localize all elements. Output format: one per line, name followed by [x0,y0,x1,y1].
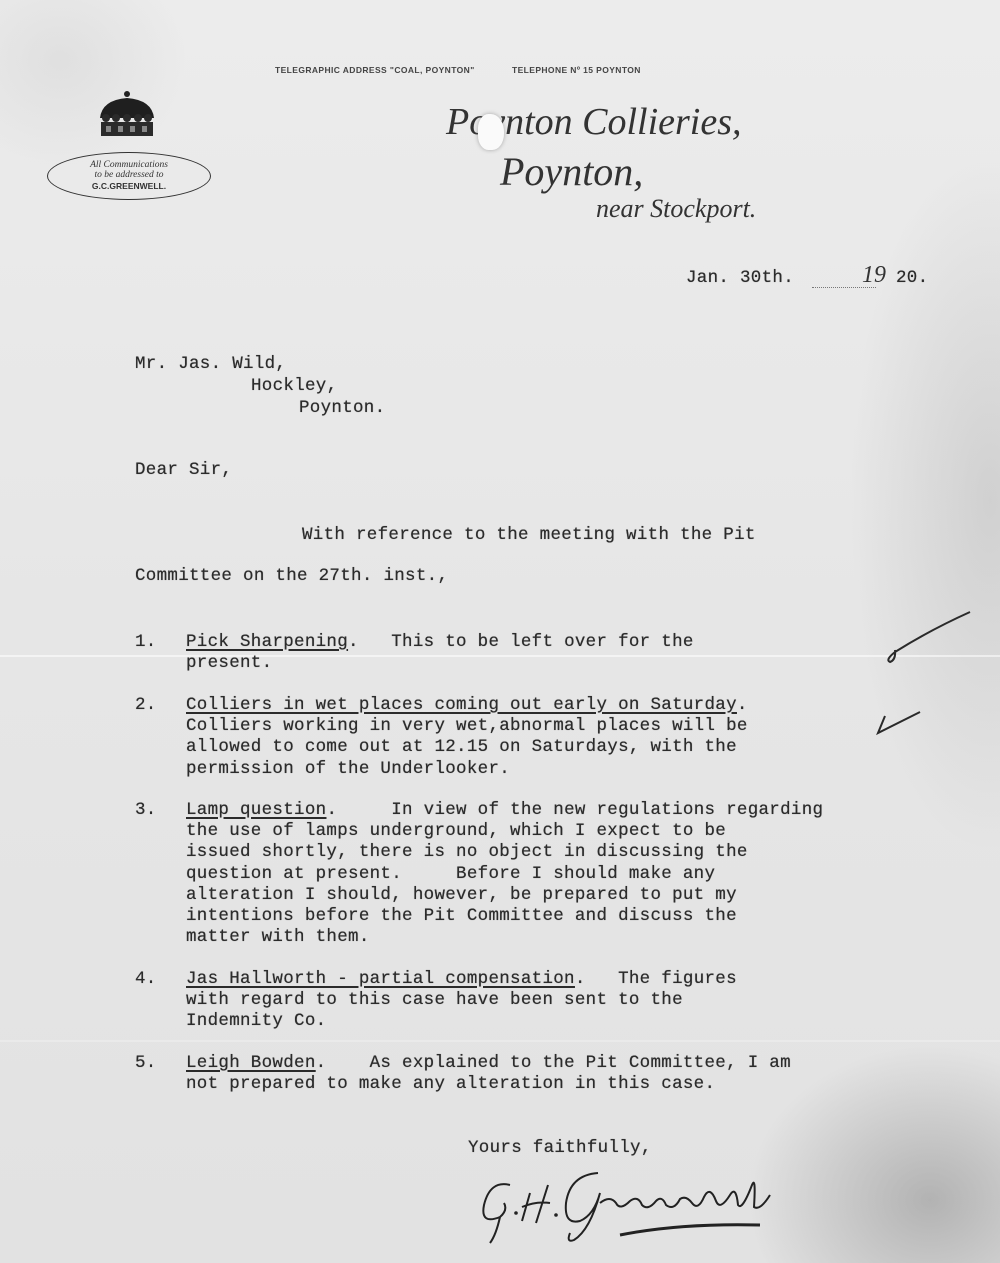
recipient-line-3: Poynton. [299,398,385,418]
stamp-line-2: to be addressed to [48,170,210,180]
stamp-line-1: All Communications [48,160,210,170]
item-body-line: intentions before the Pit Committee and … [186,906,737,926]
paper-fold-line [0,655,1000,657]
signature [470,1155,790,1245]
company-near: near Stockport. [596,194,756,224]
item-number: 5. [135,1053,157,1073]
paper-fold-line [0,1040,1000,1042]
item-heading-line: Colliers in wet places coming out early … [186,695,748,715]
item-body-line: issued shortly, there is no object in di… [186,842,748,862]
item-heading: Colliers in wet places coming out early … [186,695,737,715]
item-number: 3. [135,800,157,820]
recipient-line-2: Hockley, [251,376,337,396]
recipient-name: Mr. Jas. Wild, [135,354,286,374]
item-body-line: matter with them. [186,927,370,947]
item-heading-line: Leigh Bowden. As explained to the Pit Co… [186,1053,791,1073]
paper-hole [478,114,504,150]
item-heading: Lamp question [186,800,326,820]
communications-stamp: All Communications to be addressed to G.… [47,152,211,200]
item-number: 1. [135,632,157,652]
item-body-line: not prepared to make any alteration in t… [186,1074,715,1094]
intro-line-2: Committee on the 27th. inst., [135,566,448,586]
item-body-line: with regard to this case have been sent … [186,990,683,1010]
item-heading: Jas Hallworth - partial compensation [186,969,575,989]
item-number: 4. [135,969,157,989]
item-body-line: Colliers working in very wet,abnormal pl… [186,716,748,736]
item-body-line: present. [186,653,272,673]
item-body-line: permission of the Underlooker. [186,759,510,779]
item-heading-line: Pick Sharpening. This to be left over fo… [186,632,694,652]
date-prefix: Jan. 30th. [686,268,794,288]
salutation: Dear Sir, [135,460,232,480]
item-heading-line: Jas Hallworth - partial compensation. Th… [186,969,737,989]
telegraphic-address: TELEGRAPHIC ADDRESS "COAL, POYNTON" [275,65,475,75]
item-body-line: Indemnity Co. [186,1011,326,1031]
item-body-line: alteration I should, however, be prepare… [186,885,737,905]
telephone-number: TELEPHONE Nº 15 POYNTON [512,65,641,75]
item-body-line: allowed to come out at 12.15 on Saturday… [186,737,737,757]
item-number: 2. [135,695,157,715]
item-heading-line: Lamp question. In view of the new regula… [186,800,823,820]
crown-icon [96,90,158,140]
item-heading: Pick Sharpening [186,632,348,652]
company-town: Poynton, [500,148,643,195]
item-body-line: question at present. Before I should mak… [186,864,715,884]
date-year-handwritten: 19 [862,262,886,289]
date-year-typed: 20. [896,268,928,288]
item-body-line: the use of lamps underground, which I ex… [186,821,726,841]
intro-line-1: With reference to the meeting with the P… [302,525,756,545]
item-heading: Leigh Bowden [186,1053,316,1073]
stamp-line-3: G.C.GREENWELL. [48,181,210,191]
